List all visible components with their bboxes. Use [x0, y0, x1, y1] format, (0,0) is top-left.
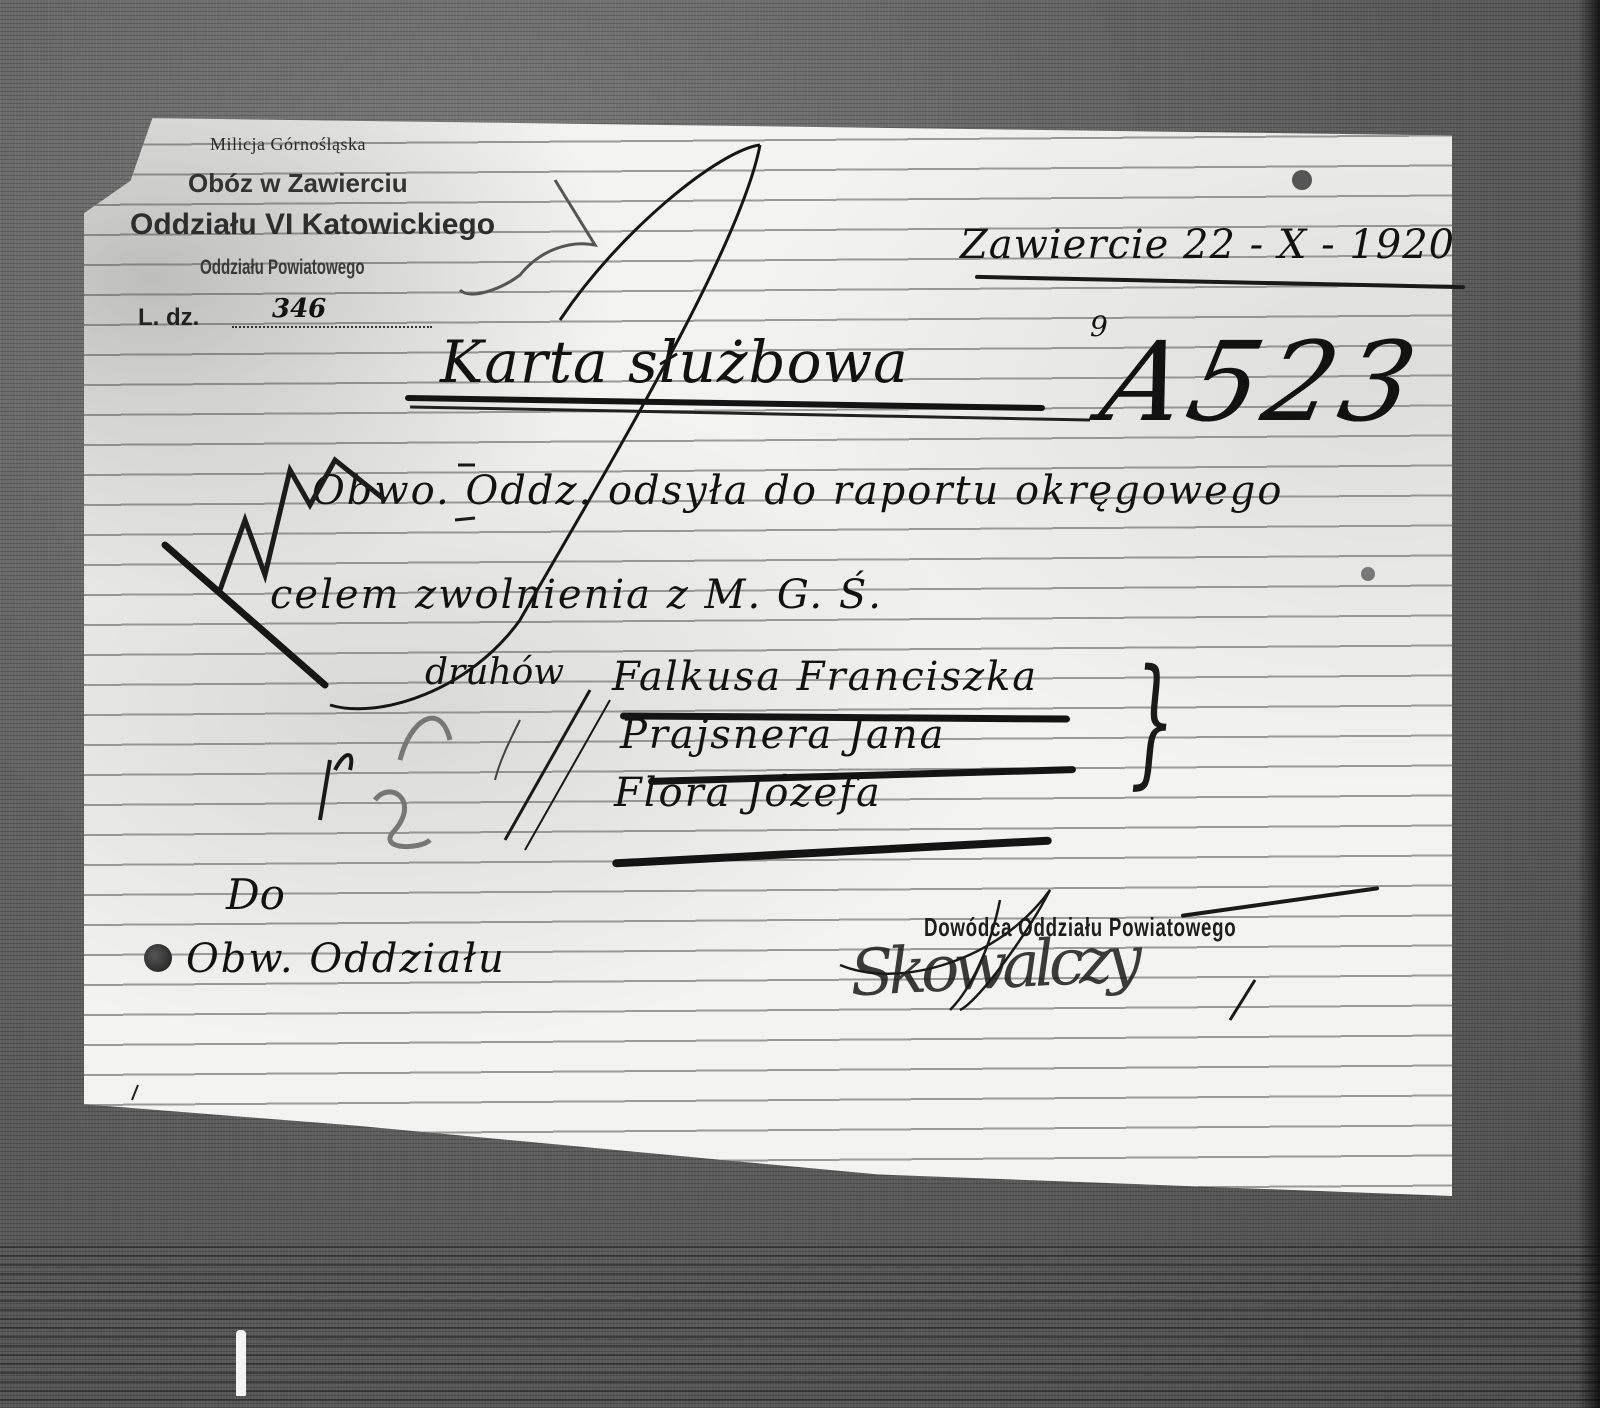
- name-entry: Flora Józefa: [614, 770, 882, 816]
- addressee-label: Do: [226, 870, 285, 919]
- reference-dotted-line: [232, 326, 432, 328]
- reference-number: 346: [272, 294, 326, 324]
- signature: Skowalczy: [848, 923, 1138, 1012]
- addressee-name: Obw. Oddziału: [186, 936, 506, 982]
- name-entry: Falkusa Franciszka: [612, 654, 1038, 700]
- brace-mark: }: [1130, 640, 1175, 803]
- document-title: Karta służbowa: [440, 328, 909, 396]
- ref-superscript: 9: [1090, 310, 1108, 343]
- stamp-division: Oddziału VI Katowickiego: [130, 208, 495, 242]
- body-line: Obwo. Oddz. odsyła do raportu okręgowego: [312, 468, 1283, 514]
- names-prefix: druhów: [425, 652, 564, 693]
- stamp-camp: Obóz w Zawierciu: [188, 168, 408, 199]
- place-date: Zawiercie 22 - X - 1920: [960, 222, 1455, 268]
- document-number: A523: [1091, 318, 1432, 446]
- stamp-organization: Milicja Górnośląska: [210, 134, 366, 155]
- scan-shadow-edge: [1578, 0, 1600, 1408]
- clip-mark: [236, 1330, 246, 1396]
- reference-label: L. dz.: [138, 304, 199, 332]
- body-line: celem zwolnienia z M. G. Ś.: [270, 572, 883, 618]
- stamp-subdivision: Oddziału Powiatowego: [200, 256, 365, 280]
- name-entry: Prajsnera Jana: [620, 712, 945, 758]
- hole-punch: [144, 944, 172, 972]
